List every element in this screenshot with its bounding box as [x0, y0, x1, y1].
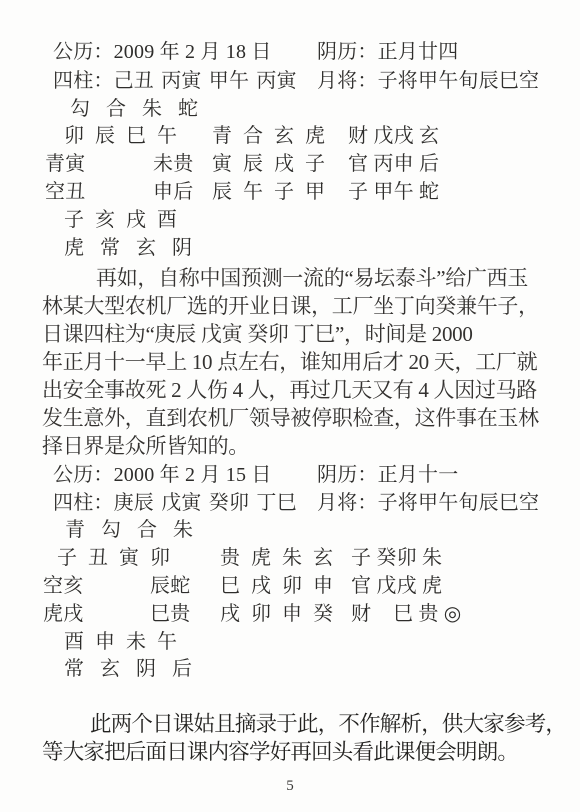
case2-solar-date: 公历：2000 年 2 月 15 日	[53, 463, 272, 487]
paragraph2-line: 等大家把后面日课内容学好再回头看此课便会明朗。	[42, 740, 518, 764]
paragraph1-line: 年正月十一早上 10 点左右，谁知用后才 20 天，工厂就	[42, 350, 537, 374]
case1-mid-col-row-3: 申后	[153, 180, 193, 204]
case2-lunar-date: 阴历：正月十一	[317, 463, 458, 487]
case1-generals-bottom-row: 虎 常 玄 阴	[64, 236, 193, 260]
case2-verdict-row-3-label: 财	[351, 602, 371, 626]
page-number: 5	[0, 774, 580, 798]
case2-plate-row-3: 戌 卯 申 癸	[220, 602, 334, 626]
case2-branch-row-4: 酉 申 未 午	[64, 630, 178, 654]
case2-mid-col-row-3: 巳贵	[150, 602, 190, 626]
case2-plate-row-1: 贵 虎 朱 玄	[220, 546, 334, 570]
case2-plate-row-2: 巳 戌 卯 申	[220, 574, 334, 598]
case1-verdict-row-3: 子 甲午 蛇	[348, 180, 439, 204]
paragraph1-line: 再如，自称中国预测一流的“易坛泰斗”给广西玉	[96, 266, 528, 290]
paragraph2-line: 此两个日课姑且摘录于此，不作解析，供大家参考，	[90, 712, 566, 736]
case2-yuejiang: 月将：子将甲午旬辰巳空	[317, 491, 539, 515]
case1-plate-row-1: 青 合 玄 虎	[212, 124, 326, 148]
paragraph1-line: 发生意外，直到农机厂领导被停职检查，这件事在玉林	[42, 406, 539, 430]
case2-verdict-row-1: 子 癸卯 朱	[351, 546, 442, 570]
case2-generals-bottom-row: 常 玄 阴 后	[64, 657, 193, 681]
case1-mid-col-row-2: 未贵	[153, 152, 193, 176]
case2-verdict-row-3-value: 巳 贵 ◎	[393, 602, 461, 626]
case2-left-col-row-2: 空亥	[43, 574, 83, 598]
case2-verdict-row-2: 官 戊戌 虎	[351, 574, 442, 598]
case1-verdict-row-2: 官 丙申 后	[348, 152, 439, 176]
case1-plate-row-3: 辰 午 子 甲	[212, 180, 326, 204]
case1-lunar-date: 阴历：正月廿四	[317, 40, 458, 64]
case2-branch-row-1: 子 丑 寅 卯	[57, 546, 171, 570]
case1-left-col-row-2: 青寅	[45, 152, 85, 176]
case1-branch-row-4: 子 亥 戌 酉	[64, 208, 178, 232]
paragraph1-line: 日课四柱为“庚辰 戊寅 癸卯 丁巳”，时间是 2000	[42, 322, 473, 346]
scanned-book-page: 公历：2009 年 2 月 18 日 阴历：正月廿四 四柱：己丑 丙寅 甲午 丙…	[0, 0, 580, 812]
case1-left-col-row-3: 空丑	[45, 180, 85, 204]
paragraph1-line: 林某大型农机厂选的开业日课，工厂坐丁向癸兼午子，	[42, 294, 539, 318]
case1-four-pillars: 四柱：己丑 丙寅 甲午 丙寅	[53, 69, 297, 93]
case1-generals-top-row: 勾 合 朱 蛇	[70, 97, 199, 121]
case1-branch-row-1: 卯 辰 巳 午	[64, 124, 178, 148]
paragraph1-line: 择日界是众所皆知的。	[42, 434, 249, 458]
case2-generals-top-row: 青 勾 合 朱	[65, 518, 194, 542]
paragraph1-line: 出安全事故死 2 人伤 4 人，再过几天又有 4 人因过马路	[42, 378, 537, 402]
case1-solar-date: 公历：2009 年 2 月 18 日	[53, 40, 272, 64]
case1-plate-row-2: 寅 辰 戌 子	[212, 152, 326, 176]
case2-mid-col-row-2: 辰蛇	[150, 574, 190, 598]
case2-four-pillars: 四柱：庚辰 戊寅 癸卯 丁巳	[53, 491, 297, 515]
case1-yuejiang: 月将：子将甲午旬辰巳空	[317, 69, 539, 93]
case1-verdict-row-1: 财 戊戌 玄	[348, 124, 439, 148]
case2-left-col-row-3: 虎戌	[43, 602, 83, 626]
